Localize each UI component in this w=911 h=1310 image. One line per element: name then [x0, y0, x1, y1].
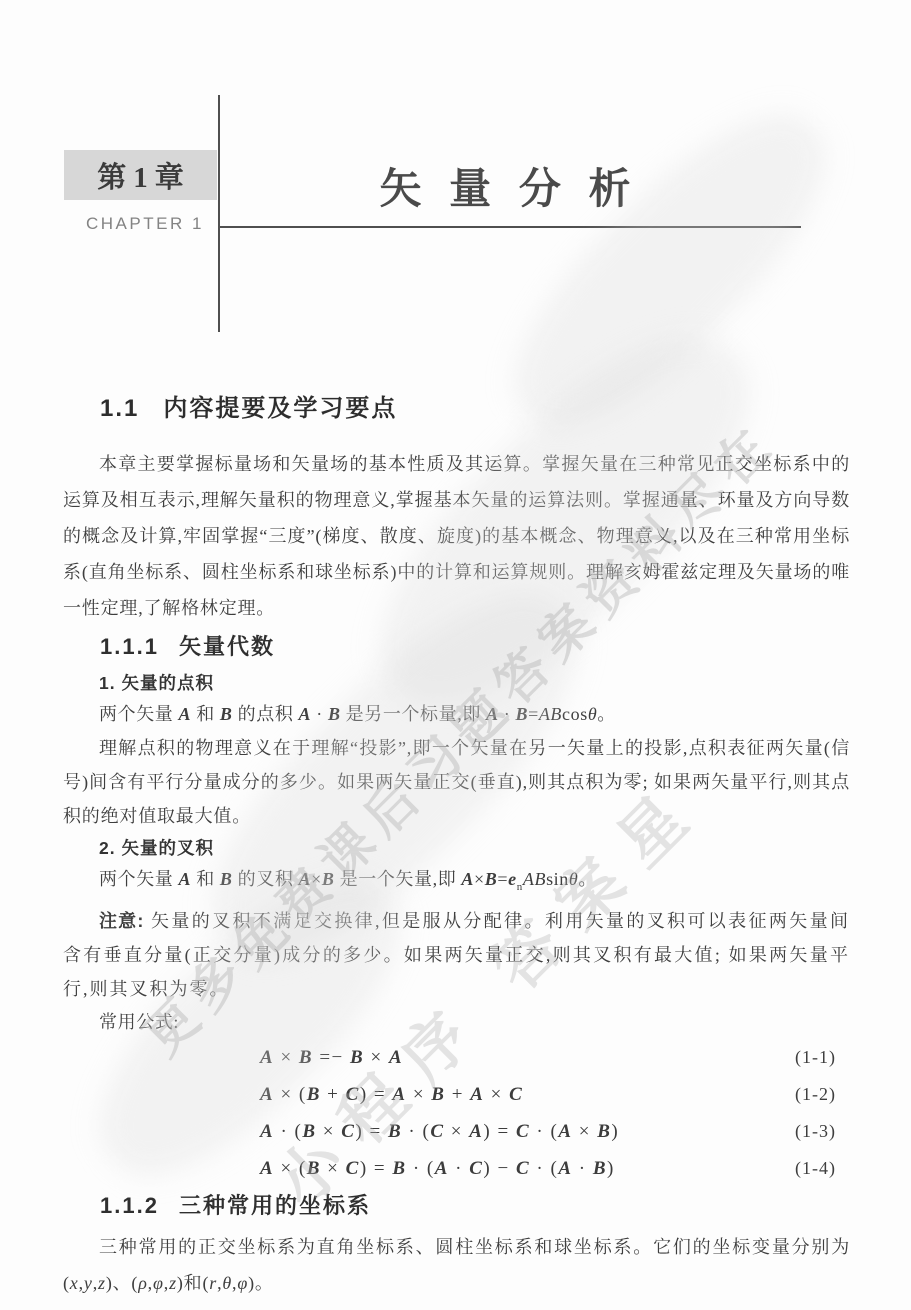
cross-product-definition: 两个矢量 A 和 B 的叉积 A×B 是一个矢量,即 A×B=enABsinθ。: [63, 863, 850, 904]
chapter-english-label: CHAPTER 1: [86, 214, 204, 234]
section-1-1-1-number: 1.1.1: [100, 632, 159, 662]
coordinates-paragraph: 三种常用的正交坐标系为直角坐标系、圆柱坐标系和球坐标系。它们的坐标变量分别为(x…: [63, 1229, 850, 1301]
section-1-1-heading: 1.1 内容提要及学习要点: [100, 392, 850, 426]
dot-product-paragraph: 理解点积的物理意义在于理解“投影”,即一个矢量在另一矢量上的投影,点积表征两矢量…: [63, 731, 850, 833]
section-1-1-title: 内容提要及学习要点: [163, 392, 397, 426]
page-content: 1.1 内容提要及学习要点 本章主要掌握标量场和矢量场的基本性质及其运算。掌握矢…: [63, 392, 850, 1301]
section-1-1-2-title: 三种常用的坐标系: [179, 1191, 371, 1221]
section-1-1-1-title: 矢量代数: [179, 632, 275, 662]
formula-expression: A · (B × C) = B · (C × A) = C · (A × B): [260, 1114, 795, 1150]
dot-product-definition: 两个矢量 A 和 B 的点积 A · B 是另一个标量,即 A · B=ABco…: [63, 698, 850, 731]
section-1-1-number: 1.1: [100, 392, 139, 426]
equation-number: (1-1): [795, 1039, 850, 1075]
formula-expression: A × (B + C) = A × B + A × C: [260, 1077, 795, 1113]
equation-number: (1-4): [795, 1150, 850, 1186]
formula-block: A × B =− B × A (1-1) A × (B + C) = A × B…: [63, 1039, 850, 1187]
cross-product-heading: 2. 矢量的叉积: [99, 833, 850, 863]
formula-row: A × (B + C) = A × B + A × C (1-2): [63, 1076, 850, 1113]
equation-number: (1-2): [795, 1076, 850, 1112]
chapter-number-label: 第1章: [90, 155, 191, 196]
section-1-1-2-heading: 1.1.2 三种常用的坐标系: [100, 1191, 850, 1221]
section-1-1-1-heading: 1.1.1 矢量代数: [100, 632, 850, 662]
book-page: 第1章 CHAPTER 1 矢 量 分 析 1.1 内容提要及学习要点 本章主要…: [0, 0, 911, 1310]
formula-row: A × B =− B × A (1-1): [63, 1039, 850, 1076]
formulas-intro: 常用公式:: [63, 1006, 850, 1039]
section-1-1-2-number: 1.1.2: [100, 1191, 159, 1221]
formula-expression: A × B =− B × A: [260, 1040, 795, 1076]
chapter-number-box: 第1章: [64, 150, 217, 200]
intro-paragraph: 本章主要掌握标量场和矢量场的基本性质及其运算。掌握矢量在三种常见正交坐标系中的运…: [63, 446, 850, 626]
dot-product-heading: 1. 矢量的点积: [99, 668, 850, 698]
formula-row: A · (B × C) = B · (C × A) = C · (A × B) …: [63, 1113, 850, 1150]
note-paragraph: 注意: 矢量的叉积不满足交换律,但是服从分配律。利用矢量的叉积可以表征两矢量间含…: [63, 904, 850, 1006]
title-underline: [219, 226, 801, 228]
equation-number: (1-3): [795, 1113, 850, 1149]
formula-expression: A × (B × C) = B · (A · C) − C · (A · B): [260, 1151, 795, 1187]
formula-row: A × (B × C) = B · (A · C) − C · (A · B) …: [63, 1150, 850, 1187]
chapter-title: 矢 量 分 析: [218, 156, 800, 216]
